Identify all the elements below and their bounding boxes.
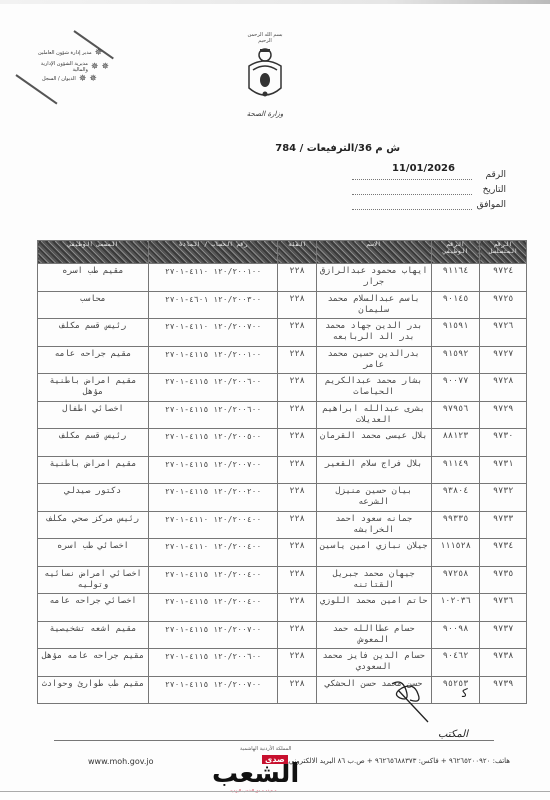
star-icon: ✵ — [89, 74, 97, 84]
cell-category: ٢٢٨ — [278, 374, 316, 402]
footer-website-link[interactable]: www.moh.gov.jo — [88, 757, 153, 766]
cell-account: ١٢٠/٢٠٠٤٠٠ ٤١١٠-٢٧٠١ — [148, 539, 278, 567]
scan-bottom-edge — [0, 791, 550, 792]
table-row: ٩٧٣٤١١١٥٢٨جيلان نبازي امين ياسين٢٢٨١٢٠/٢… — [38, 539, 527, 567]
cell-name: بشرى عبدالله ابراهيم العديلات — [316, 401, 431, 429]
cell-seq: ٩٧٣٥ — [480, 566, 527, 594]
header-job-title: المسمى الوظيفي — [38, 241, 149, 264]
stamp-text: مديرية الشؤون الإدارية والمالية — [34, 61, 88, 73]
cell-name: حاتم امين محمد اللوزي — [316, 594, 431, 622]
crest-icon — [245, 46, 285, 104]
cell-seq: ٩٧٣٠ — [480, 429, 527, 457]
cell-job-title: مقيم اشعه تشخيصية — [38, 621, 149, 649]
header-name: الاسم — [316, 241, 431, 264]
header-category: الفئة — [278, 241, 316, 264]
cell-category: ٢٢٨ — [278, 539, 316, 567]
cell-category: ٢٢٨ — [278, 456, 316, 484]
cell-seq: ٩٧٢٧ — [480, 346, 527, 374]
corresponding-label: الموافق — [476, 200, 506, 210]
table-row: ٩٧٣٩٩٥٢٥٣حسن محمد حسن الحشكي٢٢٨١٢٠/٢٠٠٧٠… — [38, 676, 527, 704]
cell-employee-no: ٩١٥٩١ — [431, 319, 480, 347]
header-seq: الرقم المتسلسل — [480, 241, 527, 264]
table-row: ٩٧٣٨٩٠٤٦٢حسام الدين فايز محمد السعودي٢٢٨… — [38, 649, 527, 677]
cell-seq: ٩٧٢٨ — [480, 374, 527, 402]
header-employee-no: الرقم الوظيفي — [431, 241, 480, 264]
cell-job-title: رئيس مركز صحي مكلف — [38, 511, 149, 539]
cell-category: ٢٢٨ — [278, 566, 316, 594]
cell-job-title: اخصائي جراحه عامه — [38, 594, 149, 622]
cell-name: بيان حسين منيزل الشرعه — [316, 484, 431, 512]
cell-job-title: دكتور صيدلي — [38, 484, 149, 512]
cell-name: بلال فراج سلام القعير — [316, 456, 431, 484]
cell-name: حسام الدين فايز محمد السعودي — [316, 649, 431, 677]
cell-name: باسم عبدالسلام محمد سليمان — [316, 291, 431, 319]
footer-divider — [54, 740, 494, 741]
meta-corresponding-row: الموافق — [352, 195, 506, 210]
cell-seq: ٩٧٣٨ — [480, 649, 527, 677]
cell-name: حسام عطاالله حمد المعوش — [316, 621, 431, 649]
signer-title: المكتب — [438, 729, 468, 740]
ministry-name: وزارة الصحة — [240, 110, 290, 118]
cell-account: ١٢٠/٢٠٠٧٠٠ ٤١١٥-٢٧٠١ — [148, 456, 278, 484]
star-icon: ✵ — [95, 48, 103, 58]
cell-seq: ٩٧٣٧ — [480, 621, 527, 649]
cell-seq: ٩٧٣٣ — [480, 511, 527, 539]
date-field — [352, 185, 472, 195]
table-row: ٩٧٣٠٨٨١٢٣بلال عيسى محمد القرمان٢٢٨١٢٠/٢٠… — [38, 429, 527, 457]
cell-category: ٢٢٨ — [278, 291, 316, 319]
meta-date-row: التاريخ — [352, 180, 506, 195]
cell-account: ١٢٠/٢٠٠٦٠٠ ٤١١٥-٢٧٠١ — [148, 649, 278, 677]
cell-account: ١٢٠/٢٠٠٦٠٠ ٤١١٥-٢٧٠١ — [148, 374, 278, 402]
date-value: 11/01/2026 — [392, 163, 455, 174]
cell-employee-no: ٩١١٤٩ — [431, 456, 480, 484]
cell-category: ٢٢٨ — [278, 649, 316, 677]
table-row: ٩٧٢٦٩١٥٩١بدر الدين جهاد محمد بدر الد الر… — [38, 319, 527, 347]
cell-name: بدر الدين جهاد محمد بدر الد الربابعه — [316, 319, 431, 347]
cell-employee-no: ٩٩٣٣٥ — [431, 511, 480, 539]
cell-name: جيهان محمد جبريل القتاتنه — [316, 566, 431, 594]
watermark-tag: صدى — [262, 755, 288, 764]
cell-account: ١٢٠/٢٠٠٣٠٠ ٤٦٠١-٢٧٠١ — [148, 291, 278, 319]
cell-seq: ٩٧٢٤ — [480, 264, 527, 292]
cell-job-title: مقيم امراض باطنية مؤهل — [38, 374, 149, 402]
cell-employee-no: ٩٧٩٥٦ — [431, 401, 480, 429]
cell-seq: ٩٧٣٦ — [480, 594, 527, 622]
date-label: التاريخ — [476, 185, 506, 195]
cell-account: ١٢٠/٢٠٠٧٠٠ ٤١١٠-٢٧٠١ — [148, 319, 278, 347]
cell-category: ٢٢٨ — [278, 511, 316, 539]
header-account: رقم الحساب / المادة — [148, 241, 278, 264]
cell-account: ١٢٠/٢٠٠٢٠٠ ٤١١٥-٢٧٠١ — [148, 484, 278, 512]
cell-category: ٢٢٨ — [278, 346, 316, 374]
cell-job-title: مقيم جراحه عامه مؤهل — [38, 649, 149, 677]
table-row: ٩٧٢٤٩١١٦٤ايهاب محمود عبدالرازق جرار٢٢٨١٢… — [38, 264, 527, 292]
promotions-table: الرقم المتسلسل الرقم الوظيفي الاسم الفئة… — [37, 240, 527, 704]
cell-employee-no: ٩١٥٩٢ — [431, 346, 480, 374]
table-row: ٩٧٣٢٩٣٨٠٤بيان حسين منيزل الشرعه٢٢٨١٢٠/٢٠… — [38, 484, 527, 512]
table-row: ٩٧٢٥٩٠١٤٥باسم عبدالسلام محمد سليمان٢٢٨١٢… — [38, 291, 527, 319]
corresponding-field — [352, 200, 472, 210]
cell-job-title: رئيس قسم مكلف — [38, 319, 149, 347]
cell-account: ١٢٠/٢٠٠٤٠٠ ٤١١٥-٢٧٠١ — [148, 566, 278, 594]
cell-employee-no: ٩٣٨٠٤ — [431, 484, 480, 512]
cell-name: ايهاب محمود عبدالرازق جرار — [316, 264, 431, 292]
newspaper-watermark: الشعب صدى صحيفة صدى الشعب اليومية — [212, 755, 307, 795]
table-row: ٩٧٢٩٩٧٩٥٦بشرى عبدالله ابراهيم العديلات٢٢… — [38, 401, 527, 429]
cell-category: ٢٢٨ — [278, 319, 316, 347]
stamp-text: الديوان / السجل — [42, 76, 76, 82]
initials-mark: ﮐ — [462, 686, 468, 700]
cell-job-title: اخصائي طب اسره — [38, 539, 149, 567]
star-icon: ✵ — [91, 62, 99, 72]
cell-employee-no: ٩٠١٤٥ — [431, 291, 480, 319]
cell-seq: ٩٧٣٢ — [480, 484, 527, 512]
cell-account: ١٢٠/٢٠٠٥٠٠ ٤١١٥-٢٧٠١ — [148, 429, 278, 457]
ref-number-text: ش م 36/الترفيعات / 784 — [275, 143, 400, 154]
table-row: ٩٧٣٥٩٧٢٥٨جيهان محمد جبريل القتاتنه٢٢٨١٢٠… — [38, 566, 527, 594]
number-label: الرقم — [476, 170, 506, 180]
cell-employee-no: ٩٠٤٦٢ — [431, 649, 480, 677]
cell-name: جيلان نبازي امين ياسين — [316, 539, 431, 567]
cell-employee-no: ٩٠٠٧٧ — [431, 374, 480, 402]
cell-category: ٢٢٨ — [278, 484, 316, 512]
cell-job-title: مقيم جراحه عامه — [38, 346, 149, 374]
table-row: ٩٧٣١٩١١٤٩بلال فراج سلام القعير٢٢٨١٢٠/٢٠٠… — [38, 456, 527, 484]
cell-employee-no: ٨٨١٢٣ — [431, 429, 480, 457]
cell-seq: ٩٧٣١ — [480, 456, 527, 484]
stamp-row: ✵ مدير إدارة شؤون العاملين — [38, 48, 102, 58]
cell-job-title: اخصائي امراض نسائيه وتوليه — [38, 566, 149, 594]
department-stamp: ✵ مدير إدارة شؤون العاملين ✵ ✵ مديرية ال… — [14, 28, 109, 103]
cell-category: ٢٢٨ — [278, 594, 316, 622]
coat-of-arms: بسم الله الرحمن الرحيم وزارة الصحة — [240, 32, 290, 132]
cell-employee-no: ٩٠٠٩٨ — [431, 621, 480, 649]
cell-employee-no: ١١١٥٢٨ — [431, 539, 480, 567]
footer-country: المملكة الأردنية الهاشمية — [240, 746, 291, 752]
star-icon: ✵ — [79, 74, 87, 84]
cell-employee-no: ١٠٢٠٣٦ — [431, 594, 480, 622]
cell-category: ٢٢٨ — [278, 401, 316, 429]
cell-category: ٢٢٨ — [278, 429, 316, 457]
table-row: ٩٧٣٧٩٠٠٩٨حسام عطاالله حمد المعوش٢٢٨١٢٠/٢… — [38, 621, 527, 649]
cell-job-title: محاسب — [38, 291, 149, 319]
reference-number: ش م 36/الترفيعات / 784 — [275, 143, 400, 154]
cell-account: ١٢٠/٢٠٠٦٠٠ ٤١١٥-٢٧٠١ — [148, 401, 278, 429]
table-row: ٩٧٣٣٩٩٣٣٥جمانه سعود احمد الخرابشه٢٢٨١٢٠/… — [38, 511, 527, 539]
signature-scribble — [388, 676, 448, 726]
star-icon: ✵ — [101, 62, 109, 72]
document-meta: الرقم 11/01/2026 التاريخ الموافق — [352, 165, 506, 210]
cell-seq: ٩٧٢٥ — [480, 291, 527, 319]
cell-job-title: اخصائي اطفال — [38, 401, 149, 429]
cell-account: ١٢٠/٢٠٠٧٠٠ ٤١١٥-٢٧٠١ — [148, 621, 278, 649]
cell-seq: ٩٧٣٤ — [480, 539, 527, 567]
scan-edge — [0, 0, 550, 4]
cell-name: بلال عيسى محمد القرمان — [316, 429, 431, 457]
cell-seq: ٩٧٢٩ — [480, 401, 527, 429]
cell-employee-no: ٩٧٢٥٨ — [431, 566, 480, 594]
cell-account: ١٢٠/٢٠٠٧٠٠ ٤١١٥-٢٧٠١ — [148, 676, 278, 704]
cell-account: ١٢٠/٢٠٠١٠٠ ٤١١٥-٢٧٠١ — [148, 346, 278, 374]
stamp-row: ✵ ✵ مديرية الشؤون الإدارية والمالية — [34, 61, 109, 73]
cell-category: ٢٢٨ — [278, 621, 316, 649]
table-row: ٩٧٣٦١٠٢٠٣٦حاتم امين محمد اللوزي٢٢٨١٢٠/٢٠… — [38, 594, 527, 622]
table-row: ٩٧٢٨٩٠٠٧٧بشار محمد عبدالكريم الحياصات٢٢٨… — [38, 374, 527, 402]
table-row: ٩٧٢٧٩١٥٩٢بدرالدين حسين محمد عامر٢٢٨١٢٠/٢… — [38, 346, 527, 374]
cell-seq: ٩٧٣٩ — [480, 676, 527, 704]
cell-name: جمانه سعود احمد الخرابشه — [316, 511, 431, 539]
cell-category: ٢٢٨ — [278, 264, 316, 292]
cell-name: بشار محمد عبدالكريم الحياصات — [316, 374, 431, 402]
basmala-text: بسم الله الرحمن الرحيم — [240, 32, 290, 44]
cell-account: ١٢٠/٢٠٠٤٠٠ ٤١١٥-٢٧٠١ — [148, 594, 278, 622]
stamp-text: مدير إدارة شؤون العاملين — [38, 50, 92, 56]
cell-seq: ٩٧٢٦ — [480, 319, 527, 347]
cell-name: بدرالدين حسين محمد عامر — [316, 346, 431, 374]
cell-job-title: رئيس قسم مكلف — [38, 429, 149, 457]
cell-account: ١٢٠/٢٠٠١٠٠ ٤١١٠-٢٧٠١ — [148, 264, 278, 292]
number-field: 11/01/2026 — [352, 170, 472, 180]
cell-account: ١٢٠/٢٠٠٤٠٠ ٤١١٠-٢٧٠١ — [148, 511, 278, 539]
cell-job-title: مقيم طب طوارئ وحوادث — [38, 676, 149, 704]
table-header-row: الرقم المتسلسل الرقم الوظيفي الاسم الفئة… — [38, 241, 527, 264]
stamp-row: ✵ ✵ الديوان / السجل — [42, 74, 97, 84]
cell-employee-no: ٩١١٦٤ — [431, 264, 480, 292]
cell-job-title: مقيم امراض باطنية — [38, 456, 149, 484]
meta-number-row: الرقم 11/01/2026 — [352, 165, 506, 180]
cell-category: ٢٢٨ — [278, 676, 316, 704]
cell-job-title: مقيم طب اسره — [38, 264, 149, 292]
